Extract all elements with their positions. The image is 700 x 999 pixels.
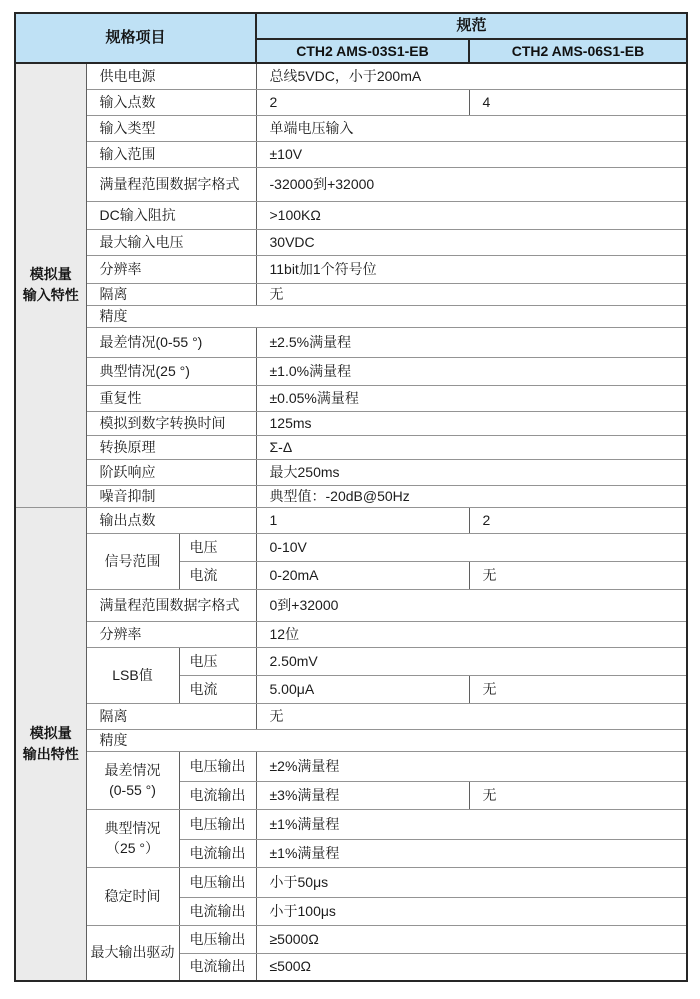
item-label-line: 最差情况 [87, 760, 179, 780]
item-label-line: 典型情况 [87, 818, 179, 838]
spec-table: 规格项目 规范 CTH2 AMS-03S1-EB CTH2 AMS-06S1-E… [14, 12, 688, 982]
value-cell: ±1%满量程 [256, 839, 687, 867]
value-cell: 5.00μA [256, 675, 469, 703]
item-label: LSB值 [86, 647, 179, 703]
item-label: 最大输入电压 [86, 229, 256, 255]
value-cell: 2 [469, 507, 687, 533]
table-row: 精度 [15, 305, 687, 327]
value-cell: ±1%满量程 [256, 809, 687, 839]
table-row: 分辨率 11bit加1个符号位 [15, 255, 687, 283]
sub-item-label: 电流 [179, 561, 256, 589]
item-label: 分辨率 [86, 621, 256, 647]
value-cell: >100KΩ [256, 201, 687, 229]
table-row: 分辨率 12位 [15, 621, 687, 647]
sub-item-label: 电压 [179, 647, 256, 675]
value-cell: 2 [256, 89, 469, 115]
sub-item-label: 电压输出 [179, 925, 256, 953]
table-row: 满量程范围数据字格式 0到+32000 [15, 589, 687, 621]
table-row: 转换原理 Σ-Δ [15, 435, 687, 459]
spec-table-container: 规格项目 规范 CTH2 AMS-03S1-EB CTH2 AMS-06S1-E… [14, 12, 688, 982]
item-label-full-width: 精度 [86, 305, 687, 327]
item-label: 阶跃响应 [86, 459, 256, 485]
table-row: 精度 [15, 729, 687, 751]
value-cell: 1 [256, 507, 469, 533]
value-cell: 无 [469, 781, 687, 809]
value-cell: 125ms [256, 411, 687, 435]
table-row: 噪音抑制 典型值：-20dB@50Hz [15, 485, 687, 507]
table-row: 最大输出驱动 电压输出 ≥5000Ω [15, 925, 687, 953]
item-label: 输入范围 [86, 141, 256, 167]
item-label: 最差情况 (0-55 °) [86, 751, 179, 809]
header-spec-item: 规格项目 [15, 13, 256, 63]
item-label: 最大输出驱动 [86, 925, 179, 981]
group-label-analog-output: 模拟量 输出特性 [15, 507, 86, 981]
sub-item-label: 电压输出 [179, 751, 256, 781]
value-cell: ±2.5%满量程 [256, 327, 687, 357]
value-cell: ±1.0%满量程 [256, 357, 687, 385]
value-cell: ±10V [256, 141, 687, 167]
table-row: DC输入阻抗 >100KΩ [15, 201, 687, 229]
item-label: 噪音抑制 [86, 485, 256, 507]
value-cell: 最大250ms [256, 459, 687, 485]
value-cell: Σ-Δ [256, 435, 687, 459]
value-cell: 12位 [256, 621, 687, 647]
value-cell: 30VDC [256, 229, 687, 255]
value-cell: ±0.05%满量程 [256, 385, 687, 411]
item-label: 输出点数 [86, 507, 256, 533]
table-row: 模拟量 输出特性 输出点数 1 2 [15, 507, 687, 533]
item-label-line: (0-55 °) [87, 780, 179, 800]
table-row: 输入类型 单端电压输入 [15, 115, 687, 141]
item-label: 信号范围 [86, 533, 179, 589]
table-row: 满量程范围数据字格式 -32000到+32000 [15, 167, 687, 201]
item-label: 满量程范围数据字格式 [86, 589, 256, 621]
table-row: 典型情况(25 °) ±1.0%满量程 [15, 357, 687, 385]
value-cell: 0到+32000 [256, 589, 687, 621]
value-cell: ≤500Ω [256, 953, 687, 981]
item-label: 隔离 [86, 703, 256, 729]
header-model-1: CTH2 AMS-03S1-EB [256, 39, 469, 63]
value-cell: 无 [256, 283, 687, 305]
item-label: 满量程范围数据字格式 [86, 167, 256, 201]
table-row: 阶跃响应 最大250ms [15, 459, 687, 485]
table-row: 模拟到数字转换时间 125ms [15, 411, 687, 435]
sub-item-label: 电压输出 [179, 809, 256, 839]
table-row: 重复性 ±0.05%满量程 [15, 385, 687, 411]
item-label: 典型情况(25 °) [86, 357, 256, 385]
table-row: 输入点数 2 4 [15, 89, 687, 115]
item-label: 最差情况(0-55 °) [86, 327, 256, 357]
group-label-analog-input: 模拟量 输入特性 [15, 63, 86, 507]
item-label: 输入类型 [86, 115, 256, 141]
sub-item-label: 电流输出 [179, 897, 256, 925]
sub-item-label: 电压 [179, 533, 256, 561]
item-label: 隔离 [86, 283, 256, 305]
sub-item-label: 电压输出 [179, 867, 256, 897]
value-cell: ≥5000Ω [256, 925, 687, 953]
item-label: 典型情况 （25 °） [86, 809, 179, 867]
table-row: 典型情况 （25 °） 电压输出 ±1%满量程 [15, 809, 687, 839]
item-label-full-width: 精度 [86, 729, 687, 751]
value-cell: 无 [469, 561, 687, 589]
item-label: 分辨率 [86, 255, 256, 283]
item-label: 稳定时间 [86, 867, 179, 925]
value-cell: 无 [256, 703, 687, 729]
group-label-line: 输入特性 [16, 285, 86, 306]
value-cell: 0-20mA [256, 561, 469, 589]
table-row: 最差情况 (0-55 °) 电压输出 ±2%满量程 [15, 751, 687, 781]
table-row: 模拟量 输入特性 供电电源 总线5VDC，小于200mA [15, 63, 687, 89]
table-row: 隔离 无 [15, 283, 687, 305]
item-label: 转换原理 [86, 435, 256, 459]
table-row: LSB值 电压 2.50mV [15, 647, 687, 675]
header-spec: 规范 [256, 13, 687, 39]
value-cell: ±2%满量程 [256, 751, 687, 781]
value-cell: 11bit加1个符号位 [256, 255, 687, 283]
item-label: DC输入阻抗 [86, 201, 256, 229]
value-cell: 2.50mV [256, 647, 687, 675]
value-cell: 小于50μs [256, 867, 687, 897]
sub-item-label: 电流输出 [179, 781, 256, 809]
sub-item-label: 电流输出 [179, 953, 256, 981]
table-row: 最差情况(0-55 °) ±2.5%满量程 [15, 327, 687, 357]
table-header-row: 规格项目 规范 [15, 13, 687, 39]
item-label: 模拟到数字转换时间 [86, 411, 256, 435]
page: 规格项目 规范 CTH2 AMS-03S1-EB CTH2 AMS-06S1-E… [0, 0, 700, 999]
value-cell: ±3%满量程 [256, 781, 469, 809]
value-cell: 4 [469, 89, 687, 115]
table-row: 稳定时间 电压输出 小于50μs [15, 867, 687, 897]
item-label: 重复性 [86, 385, 256, 411]
table-row: 最大输入电压 30VDC [15, 229, 687, 255]
value-cell: 总线5VDC，小于200mA [256, 63, 687, 89]
value-cell: 典型值：-20dB@50Hz [256, 485, 687, 507]
value-cell: -32000到+32000 [256, 167, 687, 201]
item-label: 供电电源 [86, 63, 256, 89]
value-cell: 0-10V [256, 533, 687, 561]
sub-item-label: 电流输出 [179, 839, 256, 867]
group-label-line: 模拟量 [16, 723, 86, 744]
item-label: 输入点数 [86, 89, 256, 115]
header-model-2: CTH2 AMS-06S1-EB [469, 39, 687, 63]
table-row: 输入范围 ±10V [15, 141, 687, 167]
value-cell: 无 [469, 675, 687, 703]
sub-item-label: 电流 [179, 675, 256, 703]
group-label-line: 输出特性 [16, 744, 86, 765]
table-row: 隔离 无 [15, 703, 687, 729]
value-cell: 小于100μs [256, 897, 687, 925]
group-label-line: 模拟量 [16, 264, 86, 285]
item-label-line: （25 °） [87, 838, 179, 858]
table-row: 信号范围 电压 0-10V [15, 533, 687, 561]
value-cell: 单端电压输入 [256, 115, 687, 141]
